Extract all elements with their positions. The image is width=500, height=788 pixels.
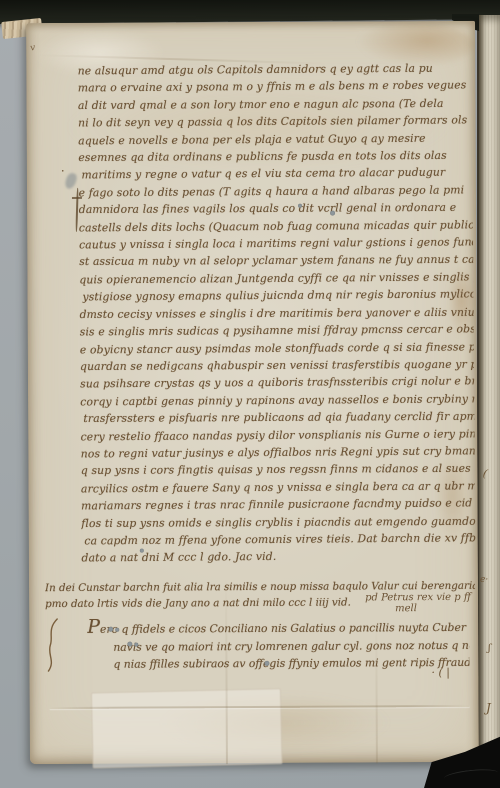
foreedge-ink-mark: e·	[480, 575, 488, 585]
manuscript-photo-scene: ( ʃ J e· v · ne alsuqur amd atgu ols Cap…	[0, 0, 500, 788]
parchment-repair-patch	[91, 688, 283, 768]
signature-subscript: mell	[395, 603, 477, 614]
manuscript-line: st assicua m nuby vn al selopr yclamar y…	[79, 251, 473, 271]
manuscript-line: ystigiose ygnosy emapns qulius juicnda d…	[82, 286, 473, 306]
parchment-hole	[140, 549, 144, 553]
manuscript-line: flos ti sup ysns omids e singlis cryblis…	[81, 512, 475, 532]
parchment-hole	[134, 643, 138, 647]
parchment-hole	[127, 642, 132, 647]
manuscript-line: damnidora las fines vagils los quals co …	[79, 199, 473, 219]
parchment-hole	[330, 211, 335, 216]
signature-text: pd Petrus rex vie p ff	[365, 592, 471, 604]
manuscript-line: esemnes qa dita ordinans e publicns fe p…	[78, 147, 472, 167]
main-text-block: ne alsuqur amd atgu ols Capitols damnido…	[78, 59, 476, 567]
paragraph-line: navis ve qo maiori int cry lomrenen galu…	[113, 636, 469, 655]
parchment-hole	[298, 204, 302, 208]
royal-signature: pd Petrus rex vie p ff mell	[365, 592, 477, 615]
margin-dot-mark: ·	[61, 164, 65, 178]
manuscript-line: mariamars regnes i tras nrac finnile pus…	[81, 494, 475, 515]
parchment-hole	[264, 661, 269, 666]
book-foreedge-pages: ( ʃ J e·	[477, 15, 500, 757]
parchment-hole	[115, 628, 119, 632]
foreedge-ink-mark: ʃ	[488, 643, 491, 654]
manuscript-line: al dit vard qmal e a son lory tmor eno e…	[78, 95, 472, 115]
end-quire-mark: · ( |	[431, 666, 450, 679]
manuscript-line: q sup ysns i cors fingtis quisas y nos r…	[81, 460, 475, 480]
manuscript-page: v · ne alsuqur amd atgu ols Capitols dam…	[26, 21, 479, 764]
final-paragraph-block: Pero q ffidels e cicos Conciliano nis Ga…	[113, 617, 469, 673]
manuscript-line: dmsto cecisy vnisses e singlis i dre mar…	[80, 303, 474, 323]
foreedge-ink-mark: (	[482, 467, 489, 481]
corner-pen-mark: v	[29, 43, 36, 54]
manuscript-line: trasferssters e pisfuaris nre publicaons…	[83, 408, 474, 428]
paragraph-line: Pero q ffidels e cicos Conciliano nis Ga…	[87, 617, 469, 638]
paragraph-line: q nias ffilles subiraos av offegis ffyni…	[113, 654, 469, 673]
parchment-hole	[108, 627, 113, 632]
foreedge-ink-mark: J	[486, 701, 491, 715]
manuscript-line: quardan se nedigcans qhabuspir sen venis…	[80, 356, 474, 376]
margin-bracket-flourish	[43, 617, 61, 673]
manuscript-line: ca capdm noz m ffena yfone comunis vires…	[84, 529, 475, 549]
